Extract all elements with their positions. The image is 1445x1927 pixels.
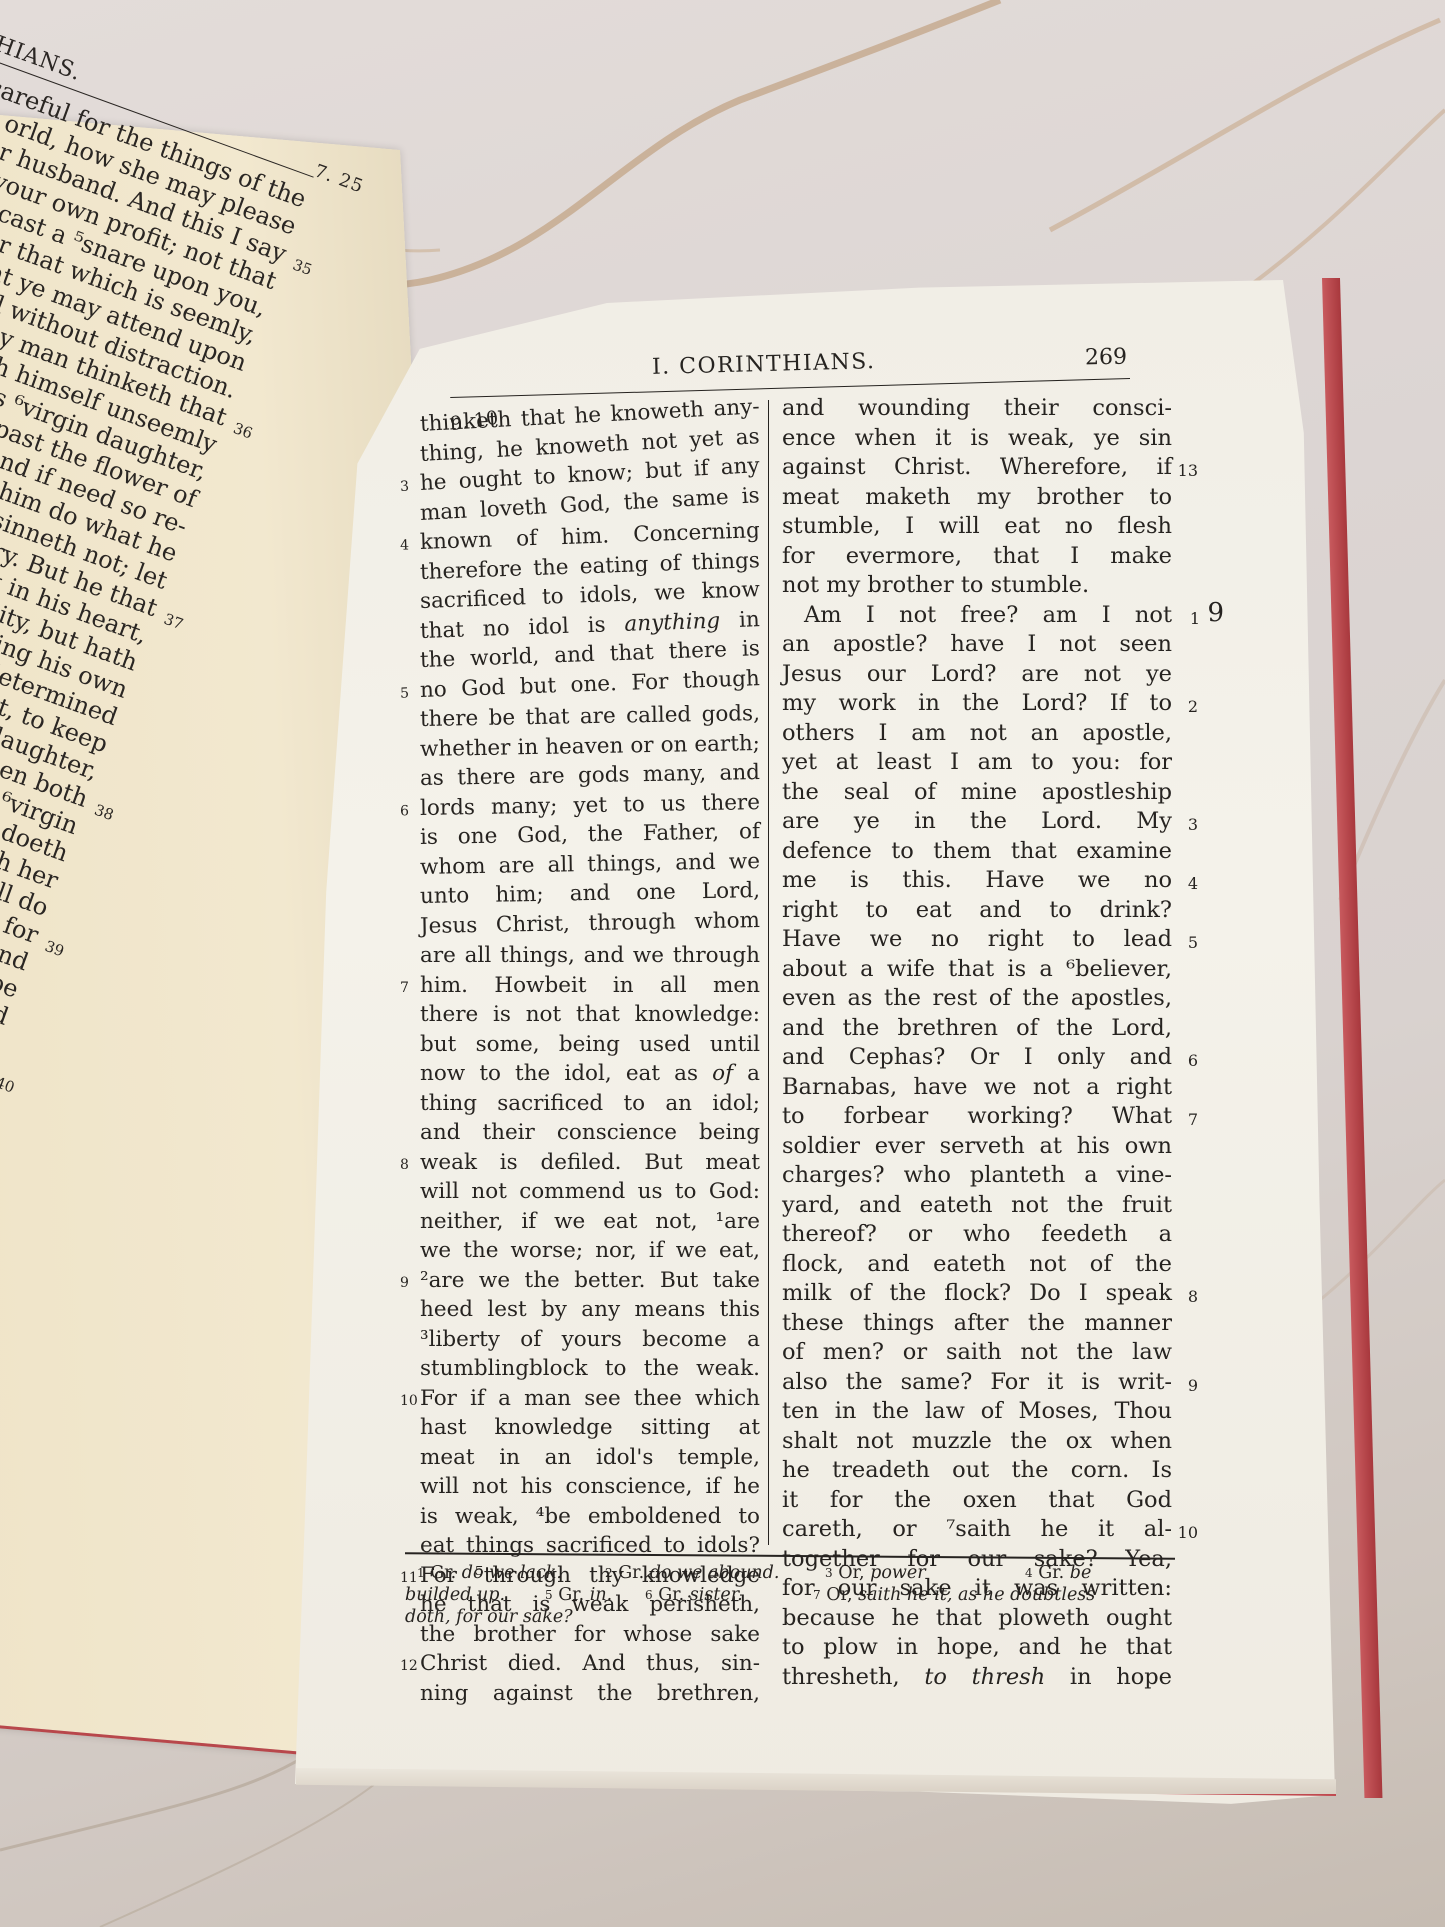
footnote-row: 1 Gr. do we lack.2 Gr. do we abound.3 Or…	[405, 1562, 1185, 1584]
footnote-text: builded up.	[405, 1585, 505, 1605]
footnote-marker: 6	[645, 1588, 653, 1602]
line-text: Barnabas, have we not a right	[782, 1074, 1172, 1100]
line-text: also the same? For it is writ-	[782, 1369, 1172, 1395]
verse-number: 13	[1178, 456, 1198, 486]
verse-line: Am I not free? am I not19	[782, 601, 1172, 631]
footnote-marker: 2	[605, 1566, 613, 1580]
verse-number: 5	[1188, 928, 1198, 958]
verse-line: ³liberty of yours become a	[420, 1325, 760, 1355]
line-text: neither, if we eat not, ¹are	[420, 1209, 760, 1234]
line-text: it for the oxen that God	[782, 1487, 1172, 1513]
column-divider	[768, 400, 769, 1545]
verse-number: 8	[400, 1151, 409, 1181]
line-text: to forbear working? What	[782, 1103, 1172, 1129]
line-text: Am I not free? am I not	[804, 602, 1172, 628]
text-column-left: thinketh that he knoweth any-thing, he k…	[420, 410, 760, 1708]
verse-line: he treadeth out the corn. Is	[782, 1456, 1172, 1486]
verse-line: hast knowledge sitting at	[420, 1413, 760, 1443]
verse-line: Jesus our Lord? are not ye	[782, 660, 1172, 690]
line-text: thresheth, to thresh in hope	[782, 1664, 1172, 1690]
line-text: milk of the flock? Do I speak	[782, 1280, 1172, 1306]
footnote: 6 Gr. sister.	[645, 1584, 743, 1606]
verse-line: ning against the brethren,	[420, 1679, 760, 1709]
line-text: to plow in hope, and he that	[782, 1634, 1172, 1660]
verse-number: 8	[1188, 1282, 1198, 1312]
verse-line: there is not that knowledge:	[420, 1000, 760, 1030]
line-text: thereof? or who feedeth a	[782, 1221, 1172, 1247]
verse-line: an apostle? have I not seen	[782, 630, 1172, 660]
footnote-text: do we abound.	[650, 1563, 780, 1583]
footnote: builded up.	[405, 1584, 505, 1606]
verse-line: not my brother to stumble.	[782, 571, 1172, 601]
verse-line: defence to them that examine	[782, 837, 1172, 867]
verse-line: shalt not muzzle the ox when	[782, 1427, 1172, 1457]
footnote-lead: Gr.	[1033, 1563, 1070, 1583]
verse-line: the seal of mine apostleship	[782, 778, 1172, 808]
verse-line: Christ died. And thus, sin-12	[420, 1649, 760, 1679]
line-text: defence to them that examine	[782, 838, 1172, 864]
line-text: flock, and eateth not of the	[782, 1251, 1172, 1277]
footnote-marker: 4	[1025, 1566, 1033, 1580]
line-text: Jesus our Lord? are not ye	[782, 661, 1172, 687]
verse-line: thereof? or who feedeth a	[782, 1220, 1172, 1250]
verse-number: 9	[400, 1269, 409, 1299]
line-text: weak is defiled. But meat	[420, 1150, 760, 1175]
line-text: others I am not an apostle,	[782, 720, 1172, 746]
line-text: ten in the law of Moses, Thou	[782, 1398, 1172, 1424]
verse-line: meat in an idol's temple,	[420, 1443, 760, 1473]
line-text: my work in the Lord? If to	[782, 690, 1172, 716]
footnote-row: doth, for our sake?	[405, 1606, 1185, 1628]
line-text: ³liberty of yours become a	[420, 1327, 760, 1352]
line-text: charges? who planteth a vine-	[782, 1162, 1172, 1188]
footnote: 2 Gr. do we abound.	[605, 1562, 779, 1584]
footnote-lead: Or,	[821, 1585, 858, 1605]
line-text: soldier ever serveth at his own	[782, 1133, 1172, 1159]
line-text: is weak, ⁴be emboldened to	[420, 1504, 760, 1529]
verse-number: 3	[1188, 810, 1198, 840]
verse-line: flock, and eateth not of the	[782, 1250, 1172, 1280]
footnote-lead: Or,	[833, 1563, 870, 1583]
line-text: as there are gods many, and	[420, 760, 760, 791]
footnote: 4 Gr. be	[1025, 1562, 1091, 1584]
verse-line: ten in the law of Moses, Thou	[782, 1397, 1172, 1427]
verse-line: heed lest by any means this	[420, 1295, 760, 1325]
line-text: Jesus Christ, through whom	[420, 908, 760, 939]
line-text: will not commend us to God:	[420, 1179, 760, 1204]
verse-number: 10	[1178, 1518, 1198, 1548]
footnote: 3 Or, power	[825, 1562, 926, 1584]
verse-line: neither, if we eat not, ¹are	[420, 1207, 760, 1237]
footnote-marker: 5	[545, 1588, 553, 1602]
verse-number: 4	[400, 531, 410, 561]
verse-line: others I am not an apostle,	[782, 719, 1172, 749]
footnote: 1 Gr. do we lack.	[417, 1562, 562, 1584]
line-text: not my brother to stumble.	[782, 572, 1089, 598]
verse-number: 6	[1188, 1046, 1198, 1076]
footnote-marker: 7	[813, 1588, 821, 1602]
verse-number: 7	[400, 974, 409, 1004]
footnote-text: do we lack.	[462, 1563, 562, 1583]
line-text: whether in heaven or on earth;	[420, 731, 760, 762]
verse-line: ²are we the better. But take9	[420, 1266, 760, 1296]
verse-line: now to the idol, eat as of a	[420, 1059, 760, 1089]
line-text: for evermore, that I make	[782, 543, 1172, 569]
verse-line: careth, or ⁷saith he it al-10	[782, 1515, 1172, 1545]
footnote: 7 Or, saith he it, as he doubtless	[813, 1584, 1095, 1606]
verse-line: will not his conscience, if he	[420, 1472, 760, 1502]
line-text: right to eat and to drink?	[782, 897, 1172, 923]
line-text: an apostle? have I not seen	[782, 631, 1172, 657]
verse-number: 2	[1188, 692, 1198, 722]
verse-line: weak is defiled. But meat8	[420, 1148, 760, 1178]
verse-line: and their conscience being	[420, 1118, 760, 1148]
line-text: ning against the brethren,	[420, 1681, 760, 1706]
verse-line: Barnabas, have we not a right	[782, 1073, 1172, 1103]
line-text: against Christ. Wherefore, if	[782, 454, 1172, 480]
line-text: me is this. Have we no	[782, 867, 1172, 893]
line-text: are all things, and we through	[420, 943, 760, 968]
verse-line: right to eat and to drink?	[782, 896, 1172, 926]
footnote-lead: Gr.	[425, 1563, 462, 1583]
line-text: now to the idol, eat as of a	[420, 1061, 760, 1086]
line-text: is one God, the Father, of	[420, 819, 760, 850]
verse-line: For if a man see thee which10	[420, 1384, 760, 1414]
line-text: there is not that knowledge:	[420, 1002, 760, 1027]
verse-line: is weak, ⁴be emboldened to	[420, 1502, 760, 1532]
verse-line: me is this. Have we no4	[782, 866, 1172, 896]
line-text: unto him; and one Lord,	[420, 878, 760, 909]
line-text: yard, and eateth not the fruit	[782, 1192, 1172, 1218]
footnote-text: sister.	[690, 1585, 743, 1605]
verse-line: these things after the manner	[782, 1309, 1172, 1339]
verse-line: of men? or saith not the law	[782, 1338, 1172, 1368]
line-text: ²are we the better. But take	[420, 1268, 760, 1293]
verse-line: against Christ. Wherefore, if13	[782, 453, 1172, 483]
footnote: doth, for our sake?	[405, 1606, 573, 1628]
footnote-marker: 3	[825, 1566, 833, 1580]
verse-line: we the worse; nor, if we eat,	[420, 1236, 760, 1266]
verse-line: thresheth, to thresh in hope	[782, 1663, 1172, 1693]
line-text: stumblingblock to the weak.	[420, 1356, 760, 1381]
footnote-lead: Gr.	[653, 1585, 690, 1605]
line-text: he treadeth out the corn. Is	[782, 1457, 1172, 1483]
verse-number: 7	[1188, 1105, 1198, 1135]
running-title: I. CORINTHIANS.	[652, 349, 876, 380]
page-number: 269	[1085, 345, 1127, 371]
verse-line: and Cephas? Or I only and6	[782, 1043, 1172, 1073]
line-text: meat in an idol's temple,	[420, 1445, 760, 1470]
footnote-row: builded up.5 Gr. in.6 Gr. sister.7 Or, s…	[405, 1584, 1185, 1606]
verse-line: for evermore, that I make	[782, 542, 1172, 572]
footnote-text: doth, for our sake?	[405, 1607, 573, 1627]
line-text: Have we no right to lead	[782, 926, 1172, 952]
line-text: him. Howbeit in all men	[420, 973, 760, 998]
verse-line: and the brethren of the Lord,	[782, 1014, 1172, 1044]
verse-line: but some, being used until	[420, 1030, 760, 1060]
verse-line: and wounding their consci-	[782, 394, 1172, 424]
verse-line: meat maketh my brother to	[782, 483, 1172, 513]
verse-line: even as the rest of the apostles,	[782, 984, 1172, 1014]
line-text: meat maketh my brother to	[782, 484, 1172, 510]
verse-number: 4	[1188, 869, 1198, 899]
line-text: we the worse; nor, if we eat,	[420, 1238, 760, 1263]
line-text: and wounding their consci-	[782, 395, 1172, 421]
text-column-right: and wounding their consci-ence when it i…	[782, 394, 1202, 1692]
footnote-lead: Gr.	[553, 1585, 590, 1605]
right-page-content: I. CORINTHIANS. 269 9. 10 thinketh that …	[0, 0, 1445, 1927]
verse-line: Jesus Christ, through whom	[420, 906, 760, 941]
line-text: but some, being used until	[420, 1032, 760, 1057]
line-text: stumble, I will eat no flesh	[782, 513, 1172, 539]
verse-line: him. Howbeit in all men7	[420, 971, 760, 1001]
footnote-text: saith he it, as he doubtless	[858, 1585, 1095, 1605]
line-text: and the brethren of the Lord,	[782, 1015, 1172, 1041]
verse-line: milk of the flock? Do I speak8	[782, 1279, 1172, 1309]
verse-line: stumble, I will eat no flesh	[782, 512, 1172, 542]
line-text: whom are all things, and we	[420, 849, 760, 880]
verse-line: are ye in the Lord. My3	[782, 807, 1172, 837]
line-text: are ye in the Lord. My	[782, 808, 1172, 834]
line-text: even as the rest of the apostles,	[782, 985, 1172, 1011]
verse-number: 3	[399, 473, 409, 503]
verse-line: yet at least I am to you: for	[782, 748, 1172, 778]
verse-line: charges? who planteth a vine-	[782, 1161, 1172, 1191]
verse-line: thing sacrificed to an idol;	[420, 1089, 760, 1119]
line-text: there be that are called gods,	[420, 701, 760, 732]
line-text: For if a man see thee which	[420, 1386, 760, 1411]
footnote-text: power	[870, 1563, 925, 1583]
line-text: lords many; yet to us there	[420, 790, 760, 821]
line-text: the seal of mine apostleship	[782, 779, 1172, 805]
line-text: heed lest by any means this	[420, 1297, 760, 1322]
verse-line: will not commend us to God:	[420, 1177, 760, 1207]
verse-line: Have we no right to lead5	[782, 925, 1172, 955]
verse-number: 10	[400, 1387, 418, 1417]
verse-line: it for the oxen that God	[782, 1486, 1172, 1516]
line-text: thing sacrificed to an idol;	[420, 1091, 760, 1116]
verse-line: also the same? For it is writ-9	[782, 1368, 1172, 1398]
verse-number: 5	[400, 679, 410, 709]
verse-number: 12	[400, 1652, 418, 1682]
verse-line: ence when it is weak, ye sin	[782, 424, 1172, 454]
line-text: shalt not muzzle the ox when	[782, 1428, 1172, 1454]
footnote-marker: 1	[417, 1566, 425, 1580]
line-text: will not his conscience, if he	[420, 1474, 760, 1499]
line-text: ence when it is weak, ye sin	[782, 425, 1172, 451]
verse-line: to plow in hope, and he that	[782, 1633, 1172, 1663]
chapter-number: 9	[1185, 599, 1224, 629]
footnote-text: be	[1070, 1563, 1092, 1583]
verse-line: yard, and eateth not the fruit	[782, 1191, 1172, 1221]
line-text: yet at least I am to you: for	[782, 749, 1172, 775]
line-text: of men? or saith not the law	[782, 1339, 1172, 1365]
verse-number: 9	[1188, 1371, 1198, 1401]
line-text: Christ died. And thus, sin-	[420, 1651, 760, 1676]
line-text: about a wife that is a ⁶believer,	[782, 956, 1172, 982]
verse-number: 6	[400, 797, 409, 827]
verse-line: soldier ever serveth at his own	[782, 1132, 1172, 1162]
line-text: careth, or ⁷saith he it al-	[782, 1516, 1172, 1542]
line-text: and their conscience being	[420, 1120, 760, 1145]
verse-line: to forbear working? What7	[782, 1102, 1172, 1132]
line-text: these things after the manner	[782, 1310, 1172, 1336]
verse-line: my work in the Lord? If to2	[782, 689, 1172, 719]
footnotes: 1 Gr. do we lack.2 Gr. do we abound.3 Or…	[405, 1562, 1185, 1628]
line-text: and Cephas? Or I only and	[782, 1044, 1172, 1070]
verse-line: about a wife that is a ⁶believer,	[782, 955, 1172, 985]
verse-line: are all things, and we through	[420, 941, 760, 971]
footnote-lead: Gr.	[613, 1563, 650, 1583]
line-text: hast knowledge sitting at	[420, 1415, 760, 1440]
footnote-text: in.	[590, 1585, 612, 1605]
verse-line: stumblingblock to the weak.	[420, 1354, 760, 1384]
footnote: 5 Gr. in.	[545, 1584, 612, 1606]
